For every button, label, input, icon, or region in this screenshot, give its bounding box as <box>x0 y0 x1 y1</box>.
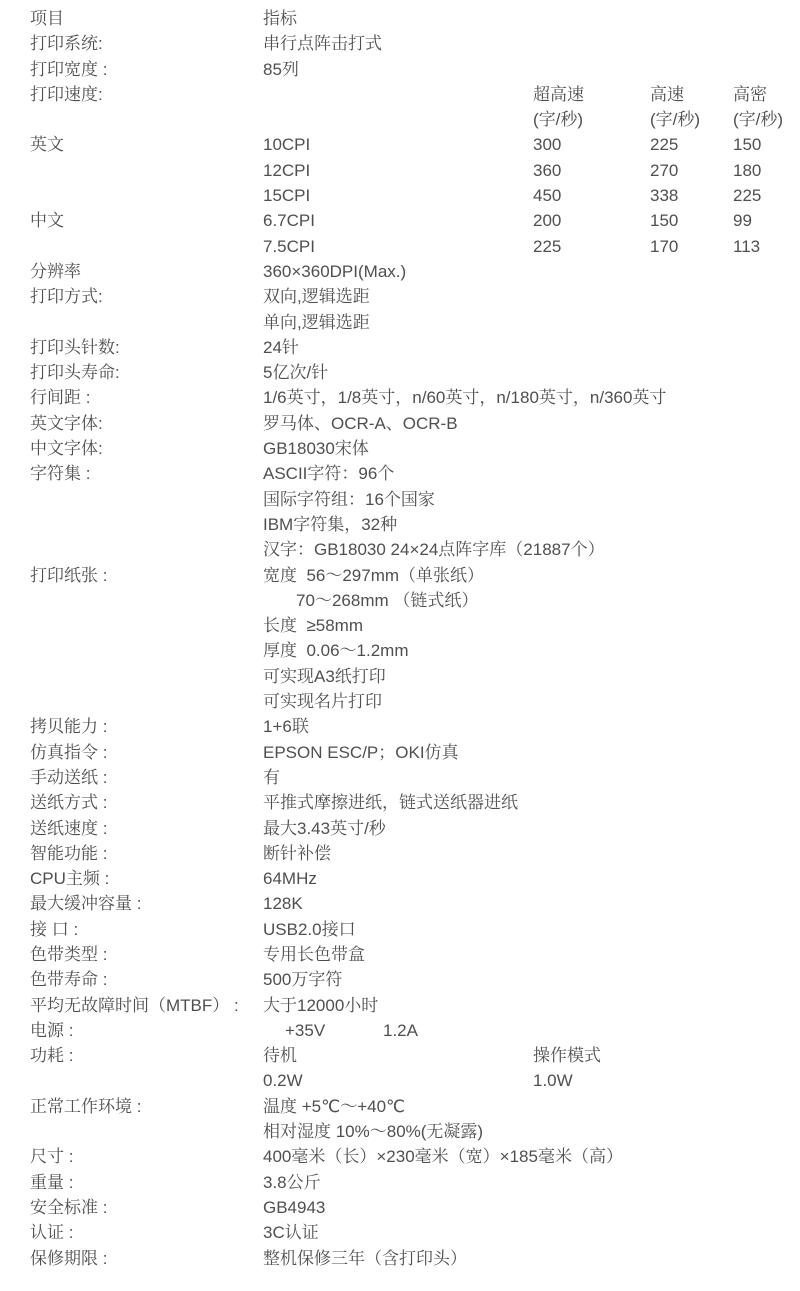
spec-label: 拷贝能力 : <box>30 714 107 739</box>
spec-speed-col-3: 99 <box>733 208 752 233</box>
spec-label: 安全标准 : <box>30 1195 107 1220</box>
spec-value: USB2.0接口 <box>263 917 356 942</box>
spec-row: 接 口 : USB2.0接口 <box>0 917 800 942</box>
spec-row: (字/秒) (字/秒) (字/秒) <box>0 107 800 132</box>
spec-label: 重量 : <box>30 1170 73 1195</box>
spec-value-primary: 0.2W <box>263 1071 303 1090</box>
spec-row: IBM字符集，32种 <box>0 512 800 537</box>
spec-label: 中文 <box>30 208 64 233</box>
spec-speed-col-2: (字/秒) <box>650 107 700 132</box>
spec-row: 行间距 : 1/6英寸，1/8英寸，n/60英寸，n/180英寸，n/360英寸 <box>0 385 800 410</box>
spec-value: 64MHz <box>263 866 317 891</box>
spec-row: 15CPI 450 338 225 <box>0 183 800 208</box>
spec-value: 有 <box>263 765 280 790</box>
spec-value-primary: 64MHz <box>263 869 317 888</box>
spec-row: 最大缓冲容量 : 128K <box>0 891 800 916</box>
spec-value-primary: 专用长色带盒 <box>263 945 365 964</box>
spec-value: GB18030宋体 <box>263 436 369 461</box>
spec-value-primary: 85列 <box>263 60 299 79</box>
spec-label: 字符集 : <box>30 461 90 486</box>
spec-label: 打印系统: <box>30 31 103 56</box>
spec-row: 打印系统: 串行点阵击打式 <box>0 31 800 56</box>
spec-value: 可实现A3纸打印 <box>263 664 386 689</box>
spec-value-primary: IBM字符集，32种 <box>263 515 397 534</box>
spec-row: 手动送纸 : 有 <box>0 765 800 790</box>
spec-row: 可实现A3纸打印 <box>0 664 800 689</box>
spec-value-primary: ASCII字符：96个 <box>263 464 394 483</box>
spec-value-primary: 360×360DPI(Max.) <box>263 262 406 281</box>
spec-row: 可实现名片打印 <box>0 689 800 714</box>
spec-label: 接 口 : <box>30 917 78 942</box>
spec-row: 电源 : +35V1.2A <box>0 1018 800 1043</box>
spec-value-primary: 待机 <box>263 1046 297 1065</box>
spec-label: 保修期限 : <box>30 1246 107 1271</box>
spec-label: 打印头针数: <box>30 335 120 360</box>
spec-value-primary: 厚度 0.06～1.2mm <box>263 641 409 660</box>
spec-value: 0.2W <box>263 1068 303 1093</box>
spec-speed-col-1: 1.0W <box>533 1068 573 1093</box>
spec-value: 长度 ≥58mm <box>263 613 363 638</box>
spec-value: +35V1.2A <box>263 1018 418 1043</box>
spec-value: IBM字符集，32种 <box>263 512 397 537</box>
spec-value-primary: 可实现A3纸打印 <box>263 667 386 686</box>
spec-value-primary: 7.5CPI <box>263 237 315 256</box>
spec-label: 中文字体: <box>30 436 103 461</box>
spec-label: 打印宽度 : <box>30 57 107 82</box>
spec-speed-col-2: 338 <box>650 183 678 208</box>
spec-value: 温度 +5℃～+40℃ <box>263 1094 405 1119</box>
spec-value: 85列 <box>263 57 299 82</box>
spec-label: 尺寸 : <box>30 1144 73 1169</box>
spec-label: 行间距 : <box>30 385 90 410</box>
spec-row: 打印速度: 超高速 高速 高密 <box>0 82 800 107</box>
spec-speed-col-3: (字/秒) <box>733 107 783 132</box>
spec-value-primary: 断针补偿 <box>263 844 331 863</box>
spec-value: 1/6英寸，1/8英寸，n/60英寸，n/180英寸，n/360英寸 <box>263 385 666 410</box>
spec-value: 相对湿度 10%～80%(无凝露) <box>263 1119 483 1144</box>
spec-value-primary: 宽度 56～297mm（单张纸） <box>263 566 484 585</box>
spec-label: 智能功能 : <box>30 841 107 866</box>
spec-speed-col-3: 180 <box>733 158 761 183</box>
spec-speed-col-2: 270 <box>650 158 678 183</box>
spec-label: 色带寿命 : <box>30 967 107 992</box>
spec-value: 国际字符组：16个国家 <box>263 487 435 512</box>
spec-value-primary: EPSON ESC/P；OKI仿真 <box>263 743 459 762</box>
spec-row: 70～268mm （链式纸） <box>0 588 800 613</box>
spec-value: 5亿次/针 <box>263 360 328 385</box>
spec-value-secondary: 1.2A <box>383 1021 418 1040</box>
spec-value-primary: 大于12000小时 <box>263 996 378 1015</box>
spec-value: 400毫米（长）×230毫米（宽）×185毫米（高） <box>263 1144 623 1169</box>
spec-row: 安全标准 : GB4943 <box>0 1195 800 1220</box>
spec-value: 汉字：GB18030 24×24点阵字库（21887个） <box>263 537 605 562</box>
spec-value-primary: GB18030宋体 <box>263 439 369 458</box>
spec-label: 打印速度: <box>30 82 103 107</box>
spec-label: 色带类型 : <box>30 942 107 967</box>
spec-row: 字符集 : ASCII字符：96个 <box>0 461 800 486</box>
spec-value: GB4943 <box>263 1195 325 1220</box>
spec-row: 单向,逻辑选距 <box>0 310 800 335</box>
spec-speed-col-1: 300 <box>533 132 561 157</box>
spec-row: 7.5CPI 225 170 113 <box>0 234 800 259</box>
spec-value: 专用长色带盒 <box>263 942 365 967</box>
spec-row: 打印方式: 双向,逻辑选距 <box>0 284 800 309</box>
spec-speed-col-3: 150 <box>733 132 761 157</box>
spec-value-primary: 10CPI <box>263 135 310 154</box>
spec-value-primary: 24针 <box>263 338 299 357</box>
spec-value: 128K <box>263 891 303 916</box>
spec-value-primary: 6.7CPI <box>263 211 315 230</box>
spec-speed-col-3: 高密 <box>733 82 767 107</box>
spec-value-primary: 1+6联 <box>263 717 309 736</box>
spec-value: 最大3.43英寸/秒 <box>263 816 386 841</box>
spec-value-primary: GB4943 <box>263 1198 325 1217</box>
spec-speed-col-3: 113 <box>733 234 760 259</box>
spec-value: 厚度 0.06～1.2mm <box>263 638 409 663</box>
spec-speed-col-1: 200 <box>533 208 561 233</box>
spec-value-primary: 串行点阵击打式 <box>263 34 382 53</box>
spec-value-primary: 400毫米（长）×230毫米（宽）×185毫米（高） <box>263 1147 623 1166</box>
spec-row: 中文 6.7CPI 200 150 99 <box>0 208 800 233</box>
spec-value-primary: 12CPI <box>263 161 310 180</box>
spec-value-primary: 3C认证 <box>263 1223 319 1242</box>
spec-speed-col-2: 225 <box>650 132 678 157</box>
spec-value-primary: 汉字：GB18030 24×24点阵字库（21887个） <box>263 540 605 559</box>
spec-value-primary: +35V <box>263 1018 383 1043</box>
spec-label: 送纸速度 : <box>30 816 107 841</box>
spec-value: 单向,逻辑选距 <box>263 310 370 335</box>
spec-value-primary: 500万字符 <box>263 970 342 989</box>
spec-row: CPU主频 : 64MHz <box>0 866 800 891</box>
spec-row: 国际字符组：16个国家 <box>0 487 800 512</box>
spec-row: 色带类型 : 专用长色带盒 <box>0 942 800 967</box>
spec-value: 宽度 56～297mm（单张纸） <box>263 563 484 588</box>
spec-label: 仿真指令 : <box>30 740 107 765</box>
spec-speed-col-1: (字/秒) <box>533 107 583 132</box>
spec-value: 7.5CPI <box>263 234 315 259</box>
spec-value-primary: 相对湿度 10%～80%(无凝露) <box>263 1122 483 1141</box>
spec-row: 中文字体: GB18030宋体 <box>0 436 800 461</box>
spec-value-primary: 5亿次/针 <box>263 363 328 382</box>
spec-row: 打印纸张 : 宽度 56～297mm（单张纸） <box>0 563 800 588</box>
spec-speed-col-1: 225 <box>533 234 561 259</box>
spec-speed-col-2: 150 <box>650 208 678 233</box>
spec-value: 70～268mm （链式纸） <box>263 588 478 613</box>
spec-label: 最大缓冲容量 : <box>30 891 141 916</box>
spec-speed-col-2: 170 <box>650 234 678 259</box>
spec-row: 送纸速度 : 最大3.43英寸/秒 <box>0 816 800 841</box>
spec-value: 500万字符 <box>263 967 342 992</box>
spec-label: 功耗 : <box>30 1043 73 1068</box>
spec-speed-col-1: 360 <box>533 158 561 183</box>
spec-value-primary: 国际字符组：16个国家 <box>263 490 435 509</box>
spec-value: ASCII字符：96个 <box>263 461 394 486</box>
spec-row: 打印头针数: 24针 <box>0 335 800 360</box>
spec-label: CPU主频 : <box>30 866 109 891</box>
spec-label: 打印头寿命: <box>30 360 120 385</box>
spec-label: 英文字体: <box>30 411 103 436</box>
spec-value-primary: 整机保修三年（含打印头） <box>263 1249 467 1268</box>
spec-row: 功耗 : 待机 操作模式 <box>0 1043 800 1068</box>
spec-value: 24针 <box>263 335 299 360</box>
spec-label: 认证 : <box>30 1220 73 1245</box>
spec-row: 12CPI 360 270 180 <box>0 158 800 183</box>
spec-row: 相对湿度 10%～80%(无凝露) <box>0 1119 800 1144</box>
spec-label: 项目 <box>30 6 64 31</box>
spec-row: 0.2W 1.0W <box>0 1068 800 1093</box>
spec-row: 英文字体: 罗马体、OCR-A、OCR-B <box>0 411 800 436</box>
spec-speed-col-3: 225 <box>733 183 761 208</box>
spec-value-primary: 15CPI <box>263 186 310 205</box>
spec-speed-col-1: 450 <box>533 183 561 208</box>
spec-row: 长度 ≥58mm <box>0 613 800 638</box>
spec-value: 待机 <box>263 1043 297 1068</box>
spec-label: 英文 <box>30 132 64 157</box>
spec-value-primary: 指标 <box>263 9 297 28</box>
spec-value: 罗马体、OCR-A、OCR-B <box>263 411 458 436</box>
spec-value-primary: 有 <box>263 768 280 787</box>
spec-value: 15CPI <box>263 183 310 208</box>
spec-value: 断针补偿 <box>263 841 331 866</box>
spec-label: 平均无故障时间（MTBF） : <box>30 993 239 1018</box>
spec-speed-col-2: 高速 <box>650 82 684 107</box>
spec-row: 项目 指标 <box>0 6 800 31</box>
spec-value-primary: 128K <box>263 894 303 913</box>
spec-row: 尺寸 : 400毫米（长）×230毫米（宽）×185毫米（高） <box>0 1144 800 1169</box>
spec-value-primary: 1/6英寸，1/8英寸，n/60英寸，n/180英寸，n/360英寸 <box>263 388 666 407</box>
spec-row: 英文 10CPI 300 225 150 <box>0 132 800 157</box>
spec-row: 拷贝能力 : 1+6联 <box>0 714 800 739</box>
spec-value-primary: USB2.0接口 <box>263 920 356 939</box>
spec-value: 3C认证 <box>263 1220 319 1245</box>
spec-row: 厚度 0.06～1.2mm <box>0 638 800 663</box>
spec-label: 分辨率 <box>30 259 81 284</box>
spec-row: 打印宽度 : 85列 <box>0 57 800 82</box>
spec-value: 6.7CPI <box>263 208 315 233</box>
spec-value-primary: 双向,逻辑选距 <box>263 287 370 306</box>
spec-row: 重量 : 3.8公斤 <box>0 1170 800 1195</box>
spec-row: 打印头寿命: 5亿次/针 <box>0 360 800 385</box>
spec-value: 12CPI <box>263 158 310 183</box>
spec-label: 手动送纸 : <box>30 765 107 790</box>
spec-row: 分辨率 360×360DPI(Max.) <box>0 259 800 284</box>
spec-value-primary: 温度 +5℃～+40℃ <box>263 1097 405 1116</box>
spec-value-primary: 长度 ≥58mm <box>263 616 363 635</box>
spec-speed-col-1: 操作模式 <box>533 1043 601 1068</box>
spec-row: 送纸方式 : 平推式摩擦进纸，链式送纸器进纸 <box>0 790 800 815</box>
spec-value-primary: 最大3.43英寸/秒 <box>263 819 386 838</box>
spec-row: 保修期限 : 整机保修三年（含打印头） <box>0 1246 800 1271</box>
spec-value-primary: 3.8公斤 <box>263 1173 321 1192</box>
spec-value: 10CPI <box>263 132 310 157</box>
spec-value: 大于12000小时 <box>263 993 378 1018</box>
spec-value: 可实现名片打印 <box>263 689 382 714</box>
spec-label: 打印方式: <box>30 284 103 309</box>
printer-spec-sheet: 项目 指标 打印系统: 串行点阵击打式 打印宽度 : 85列 打印速度: 超高速… <box>0 0 800 1271</box>
spec-value-primary: 平推式摩擦进纸，链式送纸器进纸 <box>263 793 518 812</box>
spec-label: 送纸方式 : <box>30 790 107 815</box>
spec-speed-col-1: 超高速 <box>533 82 584 107</box>
spec-value: 平推式摩擦进纸，链式送纸器进纸 <box>263 790 518 815</box>
spec-value-primary: 可实现名片打印 <box>263 692 382 711</box>
printer-spec-page: { "page": { "background_color": "#ffffff… <box>0 0 800 1291</box>
spec-value-primary: 单向,逻辑选距 <box>263 313 370 332</box>
spec-value-primary: 罗马体、OCR-A、OCR-B <box>263 414 458 433</box>
spec-value: 1+6联 <box>263 714 309 739</box>
spec-value: 360×360DPI(Max.) <box>263 259 406 284</box>
spec-row: 智能功能 : 断针补偿 <box>0 841 800 866</box>
spec-value: EPSON ESC/P；OKI仿真 <box>263 740 459 765</box>
spec-value: 3.8公斤 <box>263 1170 321 1195</box>
spec-value: 双向,逻辑选距 <box>263 284 370 309</box>
spec-value: 指标 <box>263 6 297 31</box>
spec-row: 汉字：GB18030 24×24点阵字库（21887个） <box>0 537 800 562</box>
spec-row: 色带寿命 : 500万字符 <box>0 967 800 992</box>
spec-label: 电源 : <box>30 1018 73 1043</box>
spec-value: 串行点阵击打式 <box>263 31 382 56</box>
spec-value-primary: 70～268mm （链式纸） <box>263 591 478 610</box>
spec-label: 正常工作环境 : <box>30 1094 141 1119</box>
spec-row: 认证 : 3C认证 <box>0 1220 800 1245</box>
spec-label: 打印纸张 : <box>30 563 107 588</box>
spec-row: 正常工作环境 : 温度 +5℃～+40℃ <box>0 1094 800 1119</box>
spec-row: 平均无故障时间（MTBF） : 大于12000小时 <box>0 993 800 1018</box>
spec-value: 整机保修三年（含打印头） <box>263 1246 467 1271</box>
spec-row: 仿真指令 : EPSON ESC/P；OKI仿真 <box>0 740 800 765</box>
